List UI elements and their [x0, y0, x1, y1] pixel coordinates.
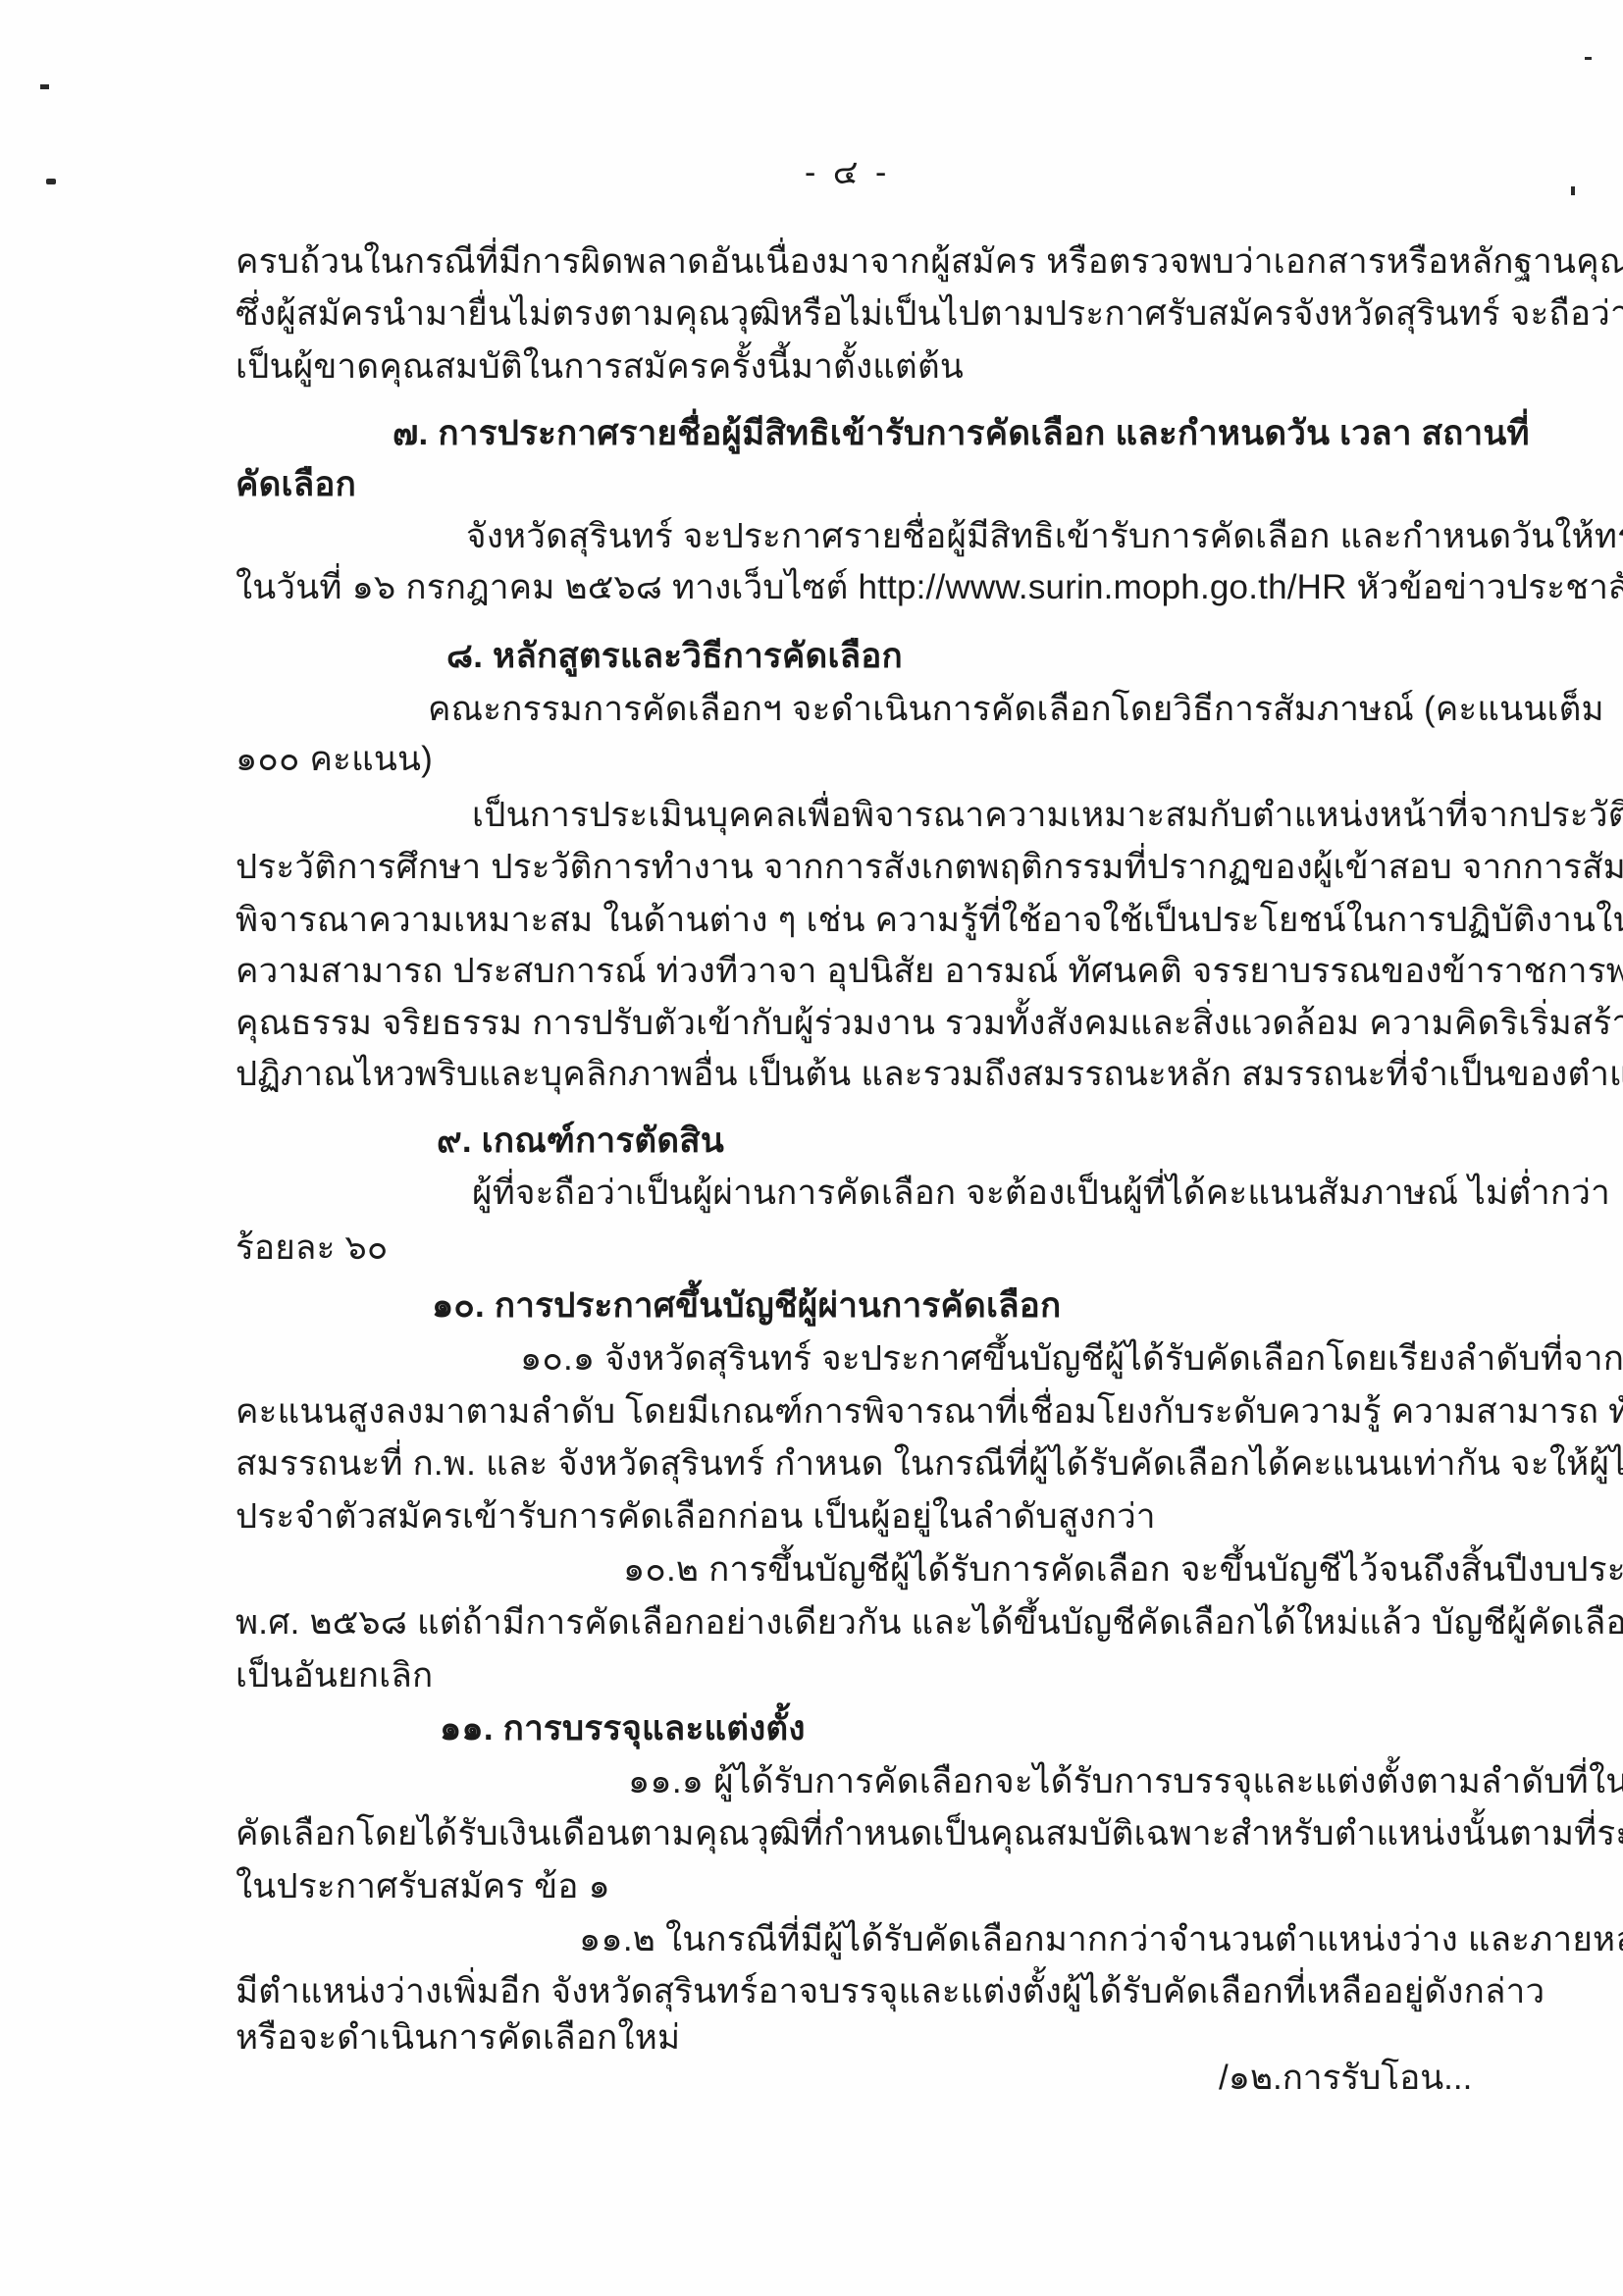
scan-speck [1585, 57, 1592, 60]
clause-11-2-line-3: หรือจะดำเนินการคัดเลือกใหม่ [236, 2012, 680, 2063]
section-8-heading: ๘. หลักสูตรและวิธีการคัดเลือก [446, 631, 903, 682]
scan-speck [40, 84, 49, 89]
document-page: - ๔ - ครบถ้วนในกรณีที่มีการผิดพลาดอันเนื… [0, 0, 1623, 2296]
clause-10-1-line-4: ประจำตัวสมัครเข้ารับการคัดเลือกก่อน เป็น… [236, 1491, 1156, 1542]
carryover-paragraph-line-3: เป็นผู้ขาดคุณสมบัติในการสมัครครั้งนี้มาต… [236, 341, 964, 392]
section-8-body-line-7: คุณธรรม จริยธรรม การปรับตัวเข้ากับผู้ร่ว… [236, 998, 1623, 1049]
page-number: - ๔ - [805, 145, 890, 198]
section-8-body-line-3: เป็นการประเมินบุคคลเพื่อพิจารณาความเหมาะ… [472, 790, 1623, 841]
section-8-body-line-1: คณะกรรมการคัดเลือกฯ จะดำเนินการคัดเลือกโ… [428, 684, 1604, 735]
clause-10-2-line-2: พ.ศ. ๒๕๖๘ แต่ถ้ามีการคัดเลือกอย่างเดียวก… [236, 1597, 1623, 1648]
clause-11-1-line-1: ๑๑.๑ ผู้ได้รับการคัดเลือกจะได้รับการบรรจ… [628, 1756, 1623, 1807]
section-8-body-line-2: ๑๐๐ คะแนน) [236, 734, 433, 785]
section-9-heading: ๙. เกณฑ์การตัดสิน [437, 1116, 724, 1167]
section-8-body-line-6: ความสามารถ ประสบการณ์ ท่วงทีวาจา อุปนิสั… [236, 946, 1623, 997]
clause-10-1-line-2: คะแนนสูงลงมาตามลำดับ โดยมีเกณฑ์การพิจารณ… [236, 1386, 1623, 1437]
next-page-continuation-note: /๑๒.การรับโอน... [1219, 2051, 1472, 2105]
section-7-body-line-2: ในวันที่ ๑๖ กรกฎาคม ๒๕๖๘ ทางเว็บไซต์ htt… [236, 562, 1623, 613]
carryover-paragraph-line-2: ซึ่งผู้สมัครนำมายื่นไม่ตรงตามคุณวุฒิหรือ… [236, 288, 1623, 339]
scan-speck [46, 179, 56, 184]
section-7-heading-line-2: คัดเลือก [236, 459, 356, 510]
clause-11-2-line-1: ๑๑.๒ ในกรณีที่มีผู้ได้รับคัดเลือกมากกว่า… [579, 1914, 1623, 1965]
section-10-heading: ๑๐. การประกาศขึ้นบัญชีผู้ผ่านการคัดเลือก [432, 1280, 1061, 1331]
section-9-body-line-2: ร้อยละ ๖๐ [236, 1223, 388, 1274]
clause-10-2-line-3: เป็นอันยกเลิก [236, 1650, 433, 1701]
clause-11-1-line-2: คัดเลือกโดยได้รับเงินเดือนตามคุณวุฒิที่ก… [236, 1808, 1623, 1859]
section-8-body-line-8: ปฏิภาณไหวพริบและบุคลิกภาพอื่น เป็นต้น แล… [236, 1049, 1623, 1100]
clause-11-2-line-2: มีตำแหน่งว่างเพิ่มอีก จังหวัดสุรินทร์อาจ… [236, 1966, 1544, 2017]
clause-11-1-line-3: ในประกาศรับสมัคร ข้อ ๑ [236, 1861, 610, 1912]
section-9-body-line-1: ผู้ที่จะถือว่าเป็นผู้ผ่านการคัดเลือก จะต… [472, 1168, 1610, 1219]
clause-10-1-line-3: สมรรถนะที่ ก.พ. และ จังหวัดสุรินทร์ กำหน… [236, 1438, 1623, 1489]
section-8-body-line-5: พิจารณาความเหมาะสม ในด้านต่าง ๆ เช่น ควา… [236, 895, 1623, 946]
section-11-heading: ๑๑. การบรรจุและแต่งตั้ง [440, 1703, 806, 1754]
clause-10-1-line-1: ๑๐.๑ จังหวัดสุรินทร์ จะประกาศขึ้นบัญชีผู… [520, 1333, 1623, 1384]
carryover-paragraph-line-1: ครบถ้วนในกรณีที่มีการผิดพลาดอันเนื่องมาจ… [236, 236, 1623, 287]
section-7-heading-line-1: ๗. การประกาศรายชื่อผู้มีสิทธิเข้ารับการค… [393, 408, 1530, 459]
section-7-body-line-1: จังหวัดสุรินทร์ จะประกาศรายชื่อผู้มีสิทธ… [466, 511, 1623, 562]
scan-speck [1571, 186, 1575, 195]
section-8-body-line-4: ประวัติการศึกษา ประวัติการทำงาน จากการสั… [236, 842, 1623, 893]
clause-10-2-line-1: ๑๐.๒ การขึ้นบัญชีผู้ได้รับการคัดเลือก จะ… [623, 1544, 1623, 1595]
